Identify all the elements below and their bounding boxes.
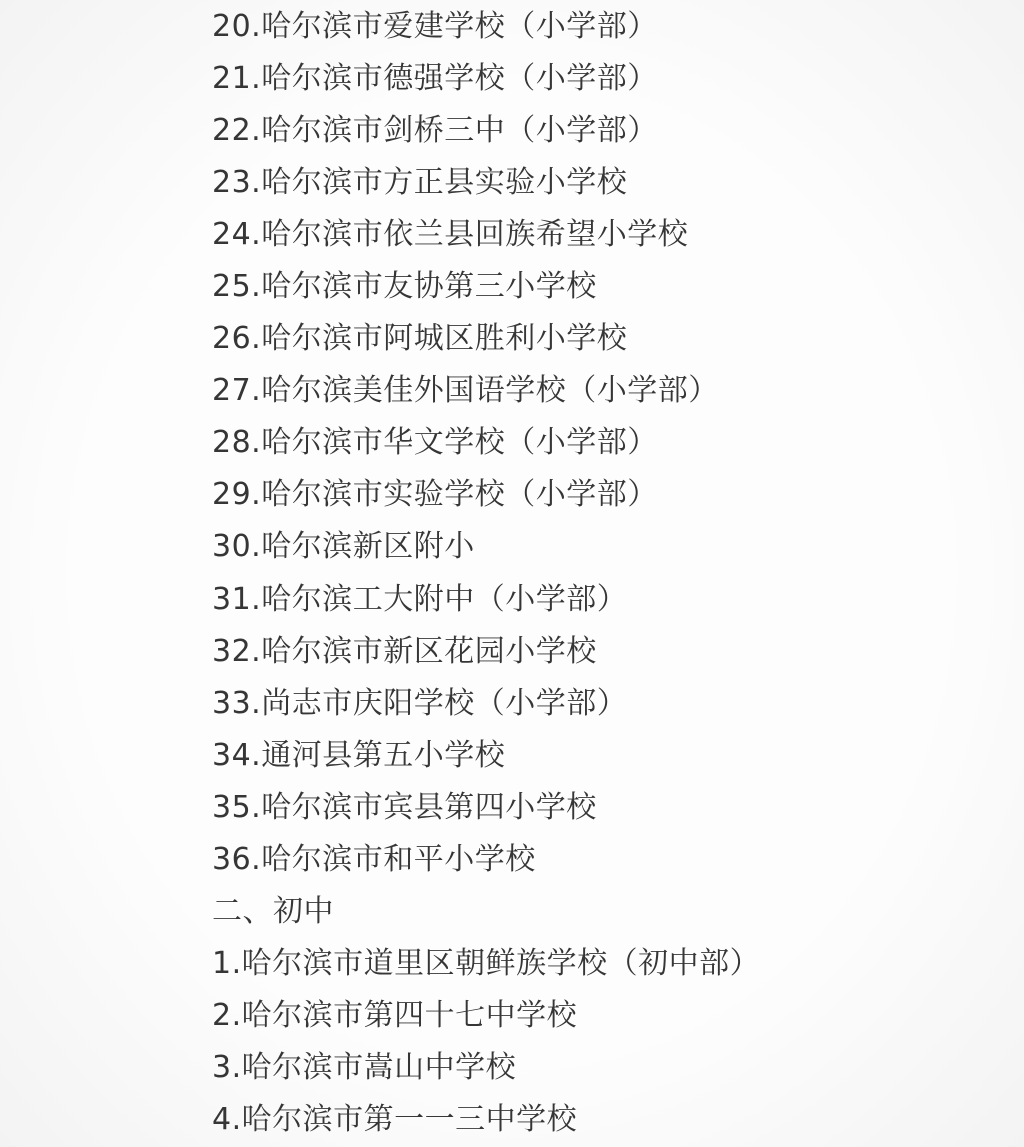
list-item-elementary-35: 35.哈尔滨市宾县第四小学校	[212, 782, 984, 834]
list-item-junior-2: 2.哈尔滨市第四十七中学校	[212, 990, 984, 1042]
list-item-elementary-36: 36.哈尔滨市和平小学校	[212, 834, 984, 886]
list-item-elementary-27: 27.哈尔滨美佳外国语学校（小学部）	[212, 365, 984, 417]
list-item-elementary-26: 26.哈尔滨市阿城区胜利小学校	[212, 313, 984, 365]
list-item-elementary-30: 30.哈尔滨新区附小	[212, 521, 984, 573]
list-item-elementary-24: 24.哈尔滨市依兰县回族希望小学校	[212, 209, 984, 261]
list-item-elementary-23: 23.哈尔滨市方正县实验小学校	[212, 157, 984, 209]
list-item-elementary-34: 34.通河县第五小学校	[212, 730, 984, 782]
list-item-junior-4: 4.哈尔滨市第一一三中学校	[212, 1094, 984, 1146]
list-item-elementary-22: 22.哈尔滨市剑桥三中（小学部）	[212, 105, 984, 157]
list-item-junior-3: 3.哈尔滨市嵩山中学校	[212, 1042, 984, 1094]
list-item-elementary-21: 21.哈尔滨市德强学校（小学部）	[212, 53, 984, 105]
list-item-elementary-25: 25.哈尔滨市友协第三小学校	[212, 261, 984, 313]
list-item-junior-1: 1.哈尔滨市道里区朝鲜族学校（初中部）	[212, 938, 984, 990]
list-item-elementary-20: 20.哈尔滨市爱建学校（小学部）	[212, 1, 984, 53]
section-header-junior-high: 二、初中	[212, 886, 984, 938]
list-item-elementary-32: 32.哈尔滨市新区花园小学校	[212, 626, 984, 678]
school-list-document: 20.哈尔滨市爱建学校（小学部） 21.哈尔滨市德强学校（小学部） 22.哈尔滨…	[0, 0, 1024, 1147]
list-item-elementary-31: 31.哈尔滨工大附中（小学部）	[212, 574, 984, 626]
list-item-elementary-28: 28.哈尔滨市华文学校（小学部）	[212, 417, 984, 469]
list-item-elementary-33: 33.尚志市庆阳学校（小学部）	[212, 678, 984, 730]
list-item-elementary-29: 29.哈尔滨市实验学校（小学部）	[212, 469, 984, 521]
